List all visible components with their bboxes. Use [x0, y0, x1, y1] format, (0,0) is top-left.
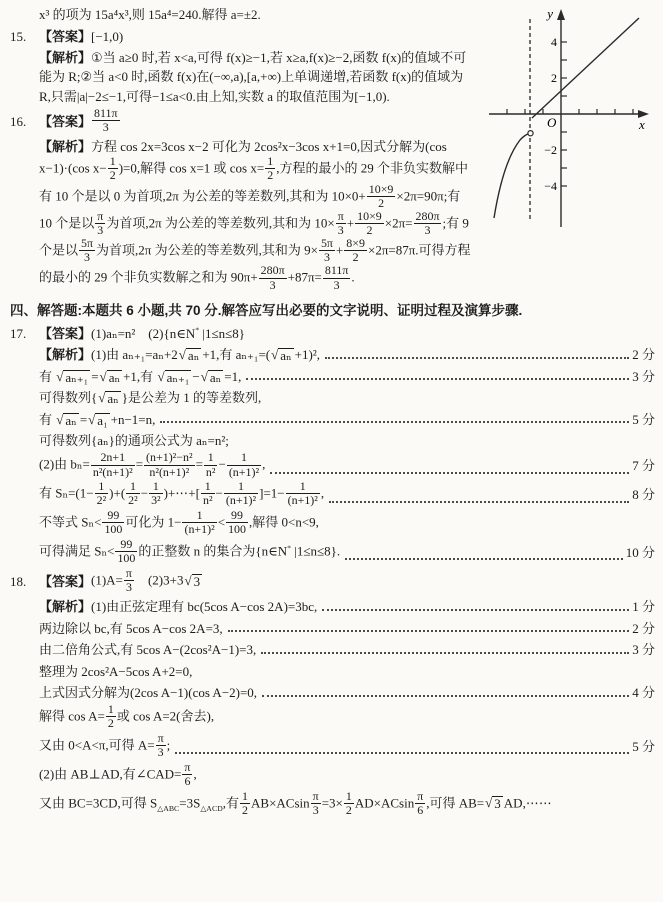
- solution-label: 【解析】: [39, 139, 91, 154]
- open-point: [528, 131, 533, 136]
- line-text: 两边除以 bc,有 5cos A−cos 2A=3,: [39, 619, 223, 639]
- solution-line: 上式因式分解为(2cos A−1)(cos A−2)=0,4 分: [39, 683, 655, 703]
- answer-row: 16. 【答案】 811π3: [10, 108, 473, 135]
- sqrt-radical: √3: [485, 796, 503, 812]
- fraction: π3: [336, 210, 346, 237]
- solution-line: 由二倍角公式,有 5cos A−(2cos²A−1)=3,3 分: [39, 640, 655, 660]
- section-header: 四、解答题:本题共 6 小题,共 70 分.解答应写出必要的文字说明、证明过程及…: [10, 301, 655, 321]
- answer-label: 【答案】: [39, 112, 91, 132]
- function-graph: 4 2 −2 −4 y x O: [483, 5, 655, 235]
- y-tick-label-neg2: −2: [544, 143, 557, 157]
- fraction: (n+1)²−n²n²(n+1)²: [144, 451, 195, 478]
- problem-number: 16.: [10, 112, 39, 132]
- fraction: 99100: [226, 509, 248, 536]
- score-label: 3 分: [632, 367, 655, 387]
- answer-value: 811π3: [91, 108, 121, 135]
- score-label: 3 分: [632, 640, 655, 660]
- fraction: π3: [156, 732, 166, 759]
- answer-value: (1)aₙ=n² (2){n∈N* |1≤n≤8}: [91, 324, 245, 344]
- solution-line: 两边除以 bc,有 5cos A−cos 2A=3,2 分: [39, 618, 655, 638]
- line-text: 又由 0<A<π,可得 A=π3;: [39, 733, 170, 760]
- sqrt-radical: √aₙ: [201, 370, 224, 386]
- solution-line: 【解析】(1)由正弦定理有 bc(5cos A−cos 2A)=3bc,1 分: [39, 597, 655, 617]
- score-label: 8 分: [632, 485, 655, 505]
- dot-leader: [160, 421, 629, 423]
- answer-row: 18. 【答案】 (1)A=π3 (2)3+3√3: [10, 568, 655, 595]
- score-label: 10 分: [626, 543, 655, 563]
- fraction: 1(n+1)²: [182, 509, 216, 536]
- score-label: 7 分: [632, 456, 655, 476]
- sqrt-radical: √aₙ₊₁: [157, 370, 191, 386]
- fraction: 1n²: [204, 451, 218, 478]
- line-text: 解得 cos A=12或 cos A=2(舍去),: [39, 704, 214, 731]
- solution-line: 【解析】(1)由 aₙ₊₁=aₙ+2√aₙ+1,有 aₙ₊₁=(√aₙ+1)²,…: [39, 345, 655, 365]
- fraction: π6: [415, 790, 425, 817]
- fraction: 280π3: [259, 264, 287, 291]
- fraction: 8×92: [344, 237, 367, 264]
- solution-body: 【解析】(1)由正弦定理有 bc(5cos A−cos 2A)=3bc,1 分两…: [39, 597, 655, 818]
- score-label: 2 分: [632, 619, 655, 639]
- fraction: 1(n+1)²: [286, 480, 320, 507]
- solution-line: (2)由 AB⊥AD,有∠CAD=π6,: [39, 762, 655, 789]
- line-text: 可得数列{aₙ}的通项公式为 aₙ=n²;: [39, 431, 229, 451]
- solution-line: 有 Sₙ=(1−12²)+(12²−13²)+⋯+[1n²−1(n+1)²]=1…: [39, 481, 655, 508]
- dot-leader: [325, 357, 629, 359]
- answer-value: [−1,0): [91, 27, 123, 47]
- x-axis-label: x: [638, 117, 645, 132]
- sqrt-radical: √aₙ: [98, 391, 121, 407]
- solution-label: 【解析】: [39, 50, 91, 65]
- line-text: 又由 BC=3CD,可得 S△ABC=3S△ACD,有12AB×ACsinπ3=…: [39, 791, 552, 818]
- line-text: 【解析】(1)由正弦定理有 bc(5cos A−cos 2A)=3bc,: [39, 597, 317, 617]
- fraction: 12: [265, 155, 275, 182]
- x-axis-ticks: [507, 109, 633, 114]
- dot-leader: [228, 630, 630, 632]
- top-flow-region: 4 2 −2 −4 y x O x³ 的项为 15a⁴x³,则 15a⁴=240…: [10, 5, 655, 295]
- fraction: 13²: [149, 480, 163, 507]
- score-label: 4 分: [632, 683, 655, 703]
- fraction: 2n+1n²(n+1)²: [91, 451, 135, 478]
- solution-line: 不等式 Sₙ<99100可化为 1−1(n+1)²<99100,解得 0<n<9…: [39, 510, 655, 537]
- fraction: 12: [108, 155, 118, 182]
- fraction: 10×92: [355, 210, 384, 237]
- dot-leader: [261, 652, 629, 654]
- answer-label: 【答案】: [39, 27, 91, 47]
- line-text: 上式因式分解为(2cos A−1)(cos A−2)=0,: [39, 683, 257, 703]
- fraction: 5π3: [319, 237, 335, 264]
- fraction: 1(n+1)²: [224, 480, 258, 507]
- sqrt-radical: √aₙ: [56, 413, 79, 429]
- solution-line: 解得 cos A=12或 cos A=2(舍去),: [39, 704, 655, 731]
- fraction: π3: [95, 210, 105, 237]
- line-text: (2)由 AB⊥AD,有∠CAD=π6,: [39, 762, 197, 789]
- line-text: 【解析】(1)由 aₙ₊₁=aₙ+2√aₙ+1,有 aₙ₊₁=(√aₙ+1)²,: [39, 345, 320, 365]
- dot-leader: [246, 378, 629, 380]
- fraction: 12²: [95, 480, 109, 507]
- fraction: 99100: [102, 509, 124, 536]
- line-text: (2)由 bₙ=2n+1n²(n+1)²=(n+1)²−n²n²(n+1)²=1…: [39, 452, 265, 479]
- fraction: 12: [240, 790, 250, 817]
- fraction: 811π3: [323, 264, 351, 291]
- problem-17: 17. 【答案】 (1)aₙ=n² (2){n∈N* |1≤n≤8} 【解析】(…: [10, 324, 655, 566]
- fraction: 5π3: [79, 237, 95, 264]
- answer-value: (1)A=π3 (2)3+3√3: [91, 568, 203, 595]
- function-graph-svg: 4 2 −2 −4 y x O: [483, 5, 655, 235]
- line-text: 可得数列{√aₙ}是公差为 1 的等差数列,: [39, 388, 261, 408]
- fraction: π3: [124, 567, 134, 594]
- fraction: π6: [182, 761, 192, 788]
- solution-line: 又由 BC=3CD,可得 S△ABC=3S△ACD,有12AB×ACsinπ3=…: [39, 791, 655, 818]
- fraction: 12: [344, 790, 354, 817]
- fraction: 1(n+1)²: [227, 451, 261, 478]
- sqrt-radical: √aₙ: [100, 370, 123, 386]
- score-label: 5 分: [632, 737, 655, 757]
- solution-line: 【解析】①当 a≥0 时,若 x<a,可得 f(x)≥−1,若 x≥a,f(x)…: [39, 48, 473, 107]
- line-text: 【解析】方程 cos 2x=3cos x−2 可化为 2cos²x−3cos x…: [39, 137, 473, 293]
- fraction: 99100: [115, 538, 137, 565]
- line-branch: [532, 18, 639, 118]
- answer-row: 17. 【答案】 (1)aₙ=n² (2){n∈N* |1≤n≤8}: [10, 324, 655, 344]
- fraction: π3: [311, 790, 321, 817]
- dot-leader: [175, 752, 629, 754]
- line-text: 整理为 2cos²A−5cos A+2=0,: [39, 662, 192, 682]
- fraction: 12²: [126, 480, 140, 507]
- dot-leader: [270, 472, 629, 474]
- line-text: 【解析】①当 a≥0 时,若 x<a,可得 f(x)≥−1,若 x≥a,f(x)…: [39, 48, 473, 107]
- solution-line: 有 √aₙ₊₁=√aₙ+1,有 √aₙ₊₁−√aₙ=1,3 分: [39, 366, 655, 386]
- problem-number: 18.: [10, 572, 39, 592]
- line-text: 由二倍角公式,有 5cos A−(2cos²A−1)=3,: [39, 640, 256, 660]
- score-label: 1 分: [632, 597, 655, 617]
- fraction: 280π3: [414, 210, 442, 237]
- solution-line: (2)由 bₙ=2n+1n²(n+1)²=(n+1)²−n²n²(n+1)²=1…: [39, 452, 655, 479]
- line-text: 有 √aₙ=√a₁+n−1=n,: [39, 410, 155, 430]
- solution-line: 可得数列{√aₙ}是公差为 1 的等差数列,: [39, 388, 655, 408]
- dot-leader: [322, 609, 629, 611]
- solution-line: 有 √aₙ=√a₁+n−1=n,5 分: [39, 409, 655, 429]
- sqrt-radical: √aₙ: [271, 348, 294, 364]
- dot-leader: [345, 558, 623, 560]
- answer-label: 【答案】: [39, 324, 91, 344]
- solution-label: 【解析】: [39, 347, 91, 362]
- solution-label: 【解析】: [39, 599, 91, 614]
- line-text: 有 Sₙ=(1−12²)+(12²−13²)+⋯+[1n²−1(n+1)²]=1…: [39, 481, 324, 508]
- problem-number: 17.: [10, 324, 39, 344]
- fraction: 1n²: [201, 480, 215, 507]
- exam-solutions-page: 4 2 −2 −4 y x O x³ 的项为 15a⁴x³,则 15a⁴=240…: [0, 0, 663, 818]
- fraction: 10×92: [367, 183, 396, 210]
- problem-18: 18. 【答案】 (1)A=π3 (2)3+3√3 【解析】(1)由正弦定理有 …: [10, 568, 655, 818]
- y-tick-label-neg4: −4: [544, 179, 557, 193]
- line-text: 有 √aₙ₊₁=√aₙ+1,有 √aₙ₊₁−√aₙ=1,: [39, 367, 241, 387]
- solution-line: 可得满足 Sₙ<99100的正整数 n 的集合为{n∈N* |1≤n≤8}.10…: [39, 539, 655, 566]
- fraction: 12: [106, 703, 116, 730]
- solution-line: 又由 0<A<π,可得 A=π3;5 分: [39, 733, 655, 760]
- origin-label: O: [547, 115, 557, 130]
- y-axis-arrow: [557, 9, 565, 20]
- fraction: 811π3: [92, 107, 120, 134]
- solution-line: 整理为 2cos²A−5cos A+2=0,: [39, 661, 655, 681]
- answer-label: 【答案】: [39, 572, 91, 592]
- y-tick-label-4: 4: [551, 35, 557, 49]
- score-label: 2 分: [632, 345, 655, 365]
- answer-row: 15. 【答案】 [−1,0): [10, 27, 473, 47]
- solution-line: 可得数列{aₙ}的通项公式为 aₙ=n²;: [39, 431, 655, 451]
- sqrt-radical: √a₁: [88, 413, 109, 429]
- dot-leader: [329, 501, 629, 503]
- y-axis-label: y: [545, 6, 553, 21]
- y-tick-label-2: 2: [551, 71, 557, 85]
- line-text: 不等式 Sₙ<99100可化为 1−1(n+1)²<99100,解得 0<n<9…: [39, 510, 319, 537]
- dot-leader: [262, 695, 629, 697]
- problem-number: 15.: [10, 27, 39, 47]
- solution-body: 【解析】(1)由 aₙ₊₁=aₙ+2√aₙ+1,有 aₙ₊₁=(√aₙ+1)²,…: [39, 345, 655, 566]
- solution-line: 【解析】方程 cos 2x=3cos x−2 可化为 2cos²x−3cos x…: [39, 137, 473, 293]
- score-label: 5 分: [632, 410, 655, 430]
- curve-branch: [494, 134, 528, 218]
- sqrt-radical: √aₙ₊₁: [56, 370, 90, 386]
- line-text: 可得满足 Sₙ<99100的正整数 n 的集合为{n∈N* |1≤n≤8}.: [39, 539, 340, 566]
- sqrt-radical: √3: [184, 574, 202, 590]
- sqrt-radical: √aₙ: [179, 348, 202, 364]
